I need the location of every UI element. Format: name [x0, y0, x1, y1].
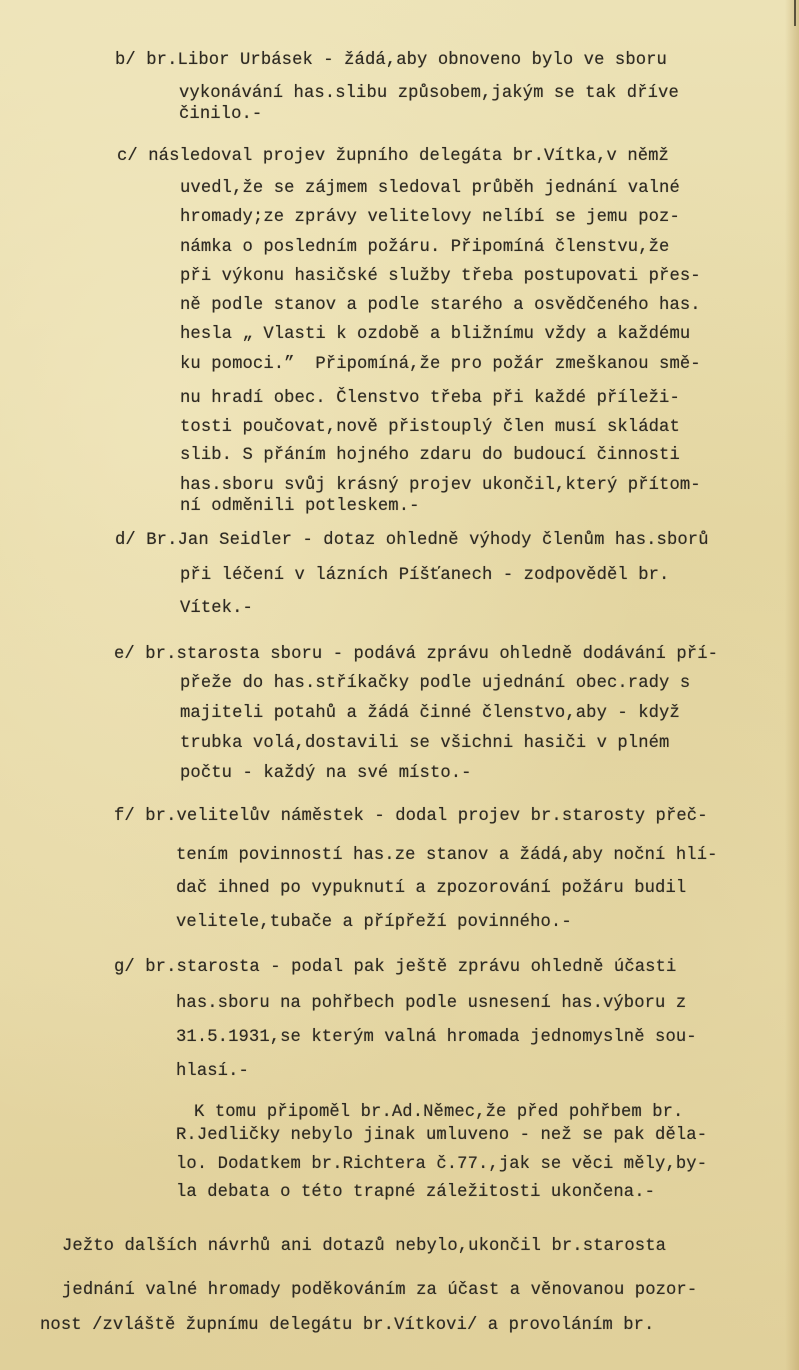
item-f-line-1: f/ br.velitelův náměstek - dodal projev … [114, 807, 708, 827]
item-d-line-1: d/ Br.Jan Seidler - dotaz ohledně výhody… [115, 531, 709, 551]
item-d-line-3: Vítek.- [180, 599, 253, 619]
item-g-line-2: has.sboru na pohřbech podle usnesení has… [176, 994, 686, 1014]
page-edge-shadow [785, 0, 799, 1370]
item-label-g: g/ [114, 958, 135, 977]
item-c-line-9: nu hradí obec. Členstvo třeba při každé … [180, 389, 680, 409]
item-label-e: e/ [114, 645, 135, 664]
item-b-line-2: vykonávání has.slibu způsobem,jakým se t… [179, 84, 679, 104]
note-line-1: K tomu připoměl br.Ad.Němec,že před pohř… [194, 1103, 683, 1123]
item-c-line-4: námka o posledním požáru. Připomíná člen… [180, 238, 669, 258]
item-c-line-3: hromady;ze zprávy velitelovy nelíbí se j… [180, 208, 680, 228]
item-b-line-1: b/ br.Libor Urbásek - žádá,aby obnoveno … [115, 51, 667, 71]
item-b-line-3: činilo.- [179, 105, 262, 125]
item-d-line-2: při léčení v lázních Píšťanech - zodpově… [180, 566, 669, 586]
item-c-line-13: ní odměnili potleskem.- [180, 497, 420, 517]
item-c-line-12: has.sboru svůj krásný projev ukončil,kte… [180, 476, 701, 496]
closing-line-1: Ježto dalších návrhů ani dotazů nebylo,u… [62, 1237, 666, 1257]
note-line-4: la debata o této trapné záležitosti ukon… [176, 1183, 655, 1203]
item-c-line-10: tosti poučovat,nově přistouplý člen musí… [180, 418, 680, 438]
item-label-c: c/ [117, 147, 138, 166]
item-c-line-11: slib. S přáním hojného zdaru do budoucí … [180, 446, 680, 466]
item-g-line-3: 31.5.1931,se kterým valná hromada jednom… [176, 1028, 697, 1048]
item-g-line-4: hlasí.- [176, 1062, 249, 1082]
item-label-b: b/ [115, 51, 136, 70]
item-f-line-2: tením povinností has.ze stanov a žádá,ab… [176, 846, 718, 866]
item-c-line-1: c/ následoval projev župního delegáta br… [117, 147, 669, 167]
item-e-line-5: počtu - každý na své místo.- [180, 764, 472, 784]
item-f-line-3: dač ihned po vypuknutí a zpozorování pož… [176, 879, 686, 899]
note-line-2: R.Jedličky nebylo jinak umluveno - než s… [176, 1126, 707, 1146]
item-e-line-4: trubka volá,dostavili se všichni hasiči … [180, 734, 669, 754]
item-label-d: d/ [115, 531, 136, 550]
item-e-line-2: přeže do has.stříkačky podle ujednání ob… [180, 674, 690, 694]
closing-line-3: nost /zvláště župnímu delegátu br.Vítkov… [40, 1316, 654, 1336]
closing-line-2: jednání valné hromady poděkováním za úča… [62, 1281, 697, 1301]
page-crease-mark [794, 0, 796, 26]
item-g-line-1: g/ br.starosta - podal pak ještě zprávu … [114, 958, 676, 978]
item-f-line-4: velitele,tubače a přípřeží povinného.- [176, 913, 572, 933]
item-e-line-1: e/ br.starosta sboru - podává zprávu ohl… [114, 645, 718, 665]
item-c-line-2: uvedl,že se zájmem sledoval průběh jedná… [180, 179, 680, 199]
item-c-line-5: při výkonu hasičské služby třeba postupo… [180, 267, 701, 287]
item-label-f: f/ [114, 807, 135, 826]
item-c-line-7: hesla „ Vlasti k ozdobě a bližnímu vždy … [180, 325, 690, 345]
note-line-3: lo. Dodatkem br.Richtera č.77.,jak se vě… [176, 1155, 707, 1175]
item-c-line-8: ku pomoci.” Připomíná,že pro požár zmešk… [180, 355, 701, 375]
item-e-line-3: majiteli potahů a žádá činné členstvo,ab… [180, 704, 680, 724]
item-c-line-6: ně podle stanov a podle starého a osvědč… [180, 296, 701, 316]
